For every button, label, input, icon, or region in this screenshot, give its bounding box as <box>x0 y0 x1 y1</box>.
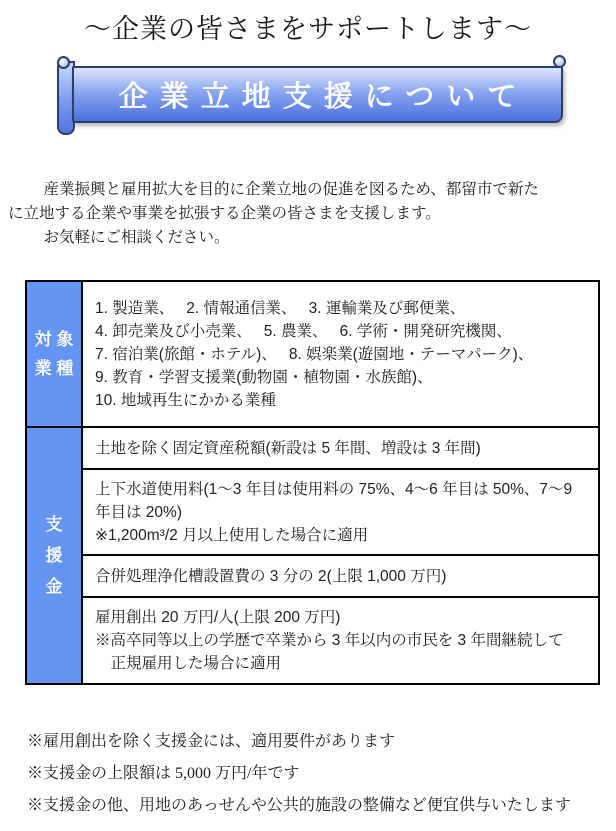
banner-title: 企業立地支援について <box>107 74 528 115</box>
document-page: { "colors": { "cell_blue": "#6495f2", "b… <box>0 0 616 831</box>
banner-body: 企業立地支援について <box>72 66 563 123</box>
table-row-subsidy-3: 合併処理浄化槽設置費の 3 分の 2(上限 1,000 万円) <box>26 555 599 597</box>
industry-list-cell: 1. 製造業、 2. 情報通信業、 3. 運輸業及び郵便業、 4. 卸売業及び小… <box>82 281 599 427</box>
subsidy-header-cell: 支援金 <box>26 427 82 684</box>
banner-scroll: 企業立地支援について <box>57 55 567 137</box>
note-line: ※雇用創出を除く支援金には、適用要件があります <box>27 726 607 758</box>
subsidy-header-label: 支援金 <box>44 509 64 602</box>
intro-line: に立地する企業や事業を拡張する企業の皆さまを支援します。 <box>8 202 608 226</box>
table-row-subsidy-4: 雇用創出 20 万円/人(上限 200 万円) ※高卒同等以上の学歴で卒業から … <box>26 597 599 684</box>
subsidy-cell-water-fees: 上下水道使用料(1～3 年目は使用料の 75%、4～6 年目は 50%、7～9 … <box>82 469 599 555</box>
support-table: 対 象 業 種 1. 製造業、 2. 情報通信業、 3. 運輸業及び郵便業、 4… <box>25 280 600 685</box>
intro-line: 産業振興と雇用拡大を目的に企業立地の促進を図るため、都留市で新た <box>8 178 608 202</box>
intro-paragraph: 産業振興と雇用拡大を目的に企業立地の促進を図るため、都留市で新た に立地する企業… <box>8 178 608 250</box>
industry-header-cell: 対 象 業 種 <box>26 281 82 427</box>
subsidy-cell-job-creation: 雇用創出 20 万円/人(上限 200 万円) ※高卒同等以上の学歴で卒業から … <box>82 597 599 684</box>
table-row-subsidy-1: 支援金 土地を除く固定資産税額(新設は 5 年間、増設は 3 年間) <box>26 427 599 469</box>
scroll-curl-left-icon <box>57 56 70 69</box>
intro-line: お気軽にご相談ください。 <box>8 226 608 250</box>
table-row-subsidy-2: 上下水道使用料(1～3 年目は使用料の 75%、4～6 年目は 50%、7～9 … <box>26 469 599 555</box>
industry-header-label: 対 象 業 種 <box>28 325 80 383</box>
subsidy-cell-property-tax: 土地を除く固定資産税額(新設は 5 年間、増設は 3 年間) <box>82 427 599 469</box>
page-title: ～企業の皆さまをサポートします～ <box>0 12 616 46</box>
note-line: ※支援金の上限額は 5,000 万円/年です <box>27 758 607 790</box>
footnotes: ※雇用創出を除く支援金には、適用要件があります ※支援金の上限額は 5,000 … <box>27 726 607 822</box>
scroll-curl-right-icon <box>553 55 566 68</box>
table-row-industries: 対 象 業 種 1. 製造業、 2. 情報通信業、 3. 運輸業及び郵便業、 4… <box>26 281 599 427</box>
subsidy-cell-septic-tank: 合併処理浄化槽設置費の 3 分の 2(上限 1,000 万円) <box>82 555 599 597</box>
note-line: ※支援金の他、用地のあっせんや公共的施設の整備など便宜供与いたします <box>27 790 607 822</box>
